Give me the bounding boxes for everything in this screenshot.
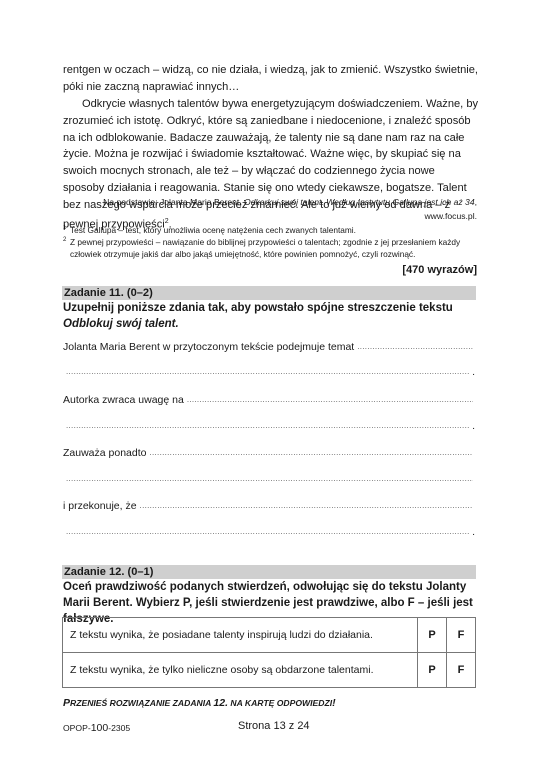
page-number: Strona 13 z 24 [238,720,310,732]
answer-line-convinces-cont[interactable]: ........................................… [63,525,475,539]
footnote-2: 2Z pewnej przypowieści – nawiązanie do b… [63,236,483,260]
answer-line-notes-cont[interactable]: ........................................… [63,472,475,486]
table-row: Z tekstu wynika, że posiadane talenty in… [63,618,476,653]
source-citation: Na podstawie: Jolanta Maria Berent, Odko… [57,196,477,223]
task-12-title: Zadanie 12. (0–1) [64,565,153,579]
statement-1: Z tekstu wynika, że posiadane talenty in… [63,618,418,653]
answer-line-topic-cont[interactable]: ........................................… [63,365,475,379]
footnote-1: 1Test Gallupa – test, który umożliwia oc… [63,224,483,236]
option-false-1[interactable]: F [447,618,476,653]
passage-paragraph-1-end: rentgen w oczach – widzą, co nie działa,… [63,62,479,96]
answer-line-convinces[interactable]: i przekonuje, że........................… [63,499,475,513]
option-true-1[interactable]: P [418,618,447,653]
answer-line-topic[interactable]: Jolanta Maria Berent w przytoczonym tekś… [63,340,475,354]
option-false-2[interactable]: F [447,653,476,688]
answer-line-notes[interactable]: Zauważa ponadto.........................… [63,446,475,460]
statement-2: Z tekstu wynika, że tylko nieliczne osob… [63,653,418,688]
true-false-table: Z tekstu wynika, że posiadane talenty in… [62,617,476,688]
task-11-title: Zadanie 11. (0–2) [64,286,153,300]
word-count: [470 wyrazów] [402,264,477,276]
answer-line-attention-cont[interactable]: ........................................… [63,419,475,433]
task-11-instruction: Uzupełnij poniższe zdania tak, aby powst… [63,300,479,332]
transfer-answer-note: PRZENIEŚ ROZWIĄZANIE ZADANIA 12. NA KART… [63,697,336,709]
exam-page: rentgen w oczach – widzą, co nie działa,… [0,0,540,764]
exam-code: OPOP-100-2305 [63,722,130,734]
answer-line-attention[interactable]: Autorka zwraca uwagę na.................… [63,393,475,407]
footnotes: 1Test Gallupa – test, który umożliwia oc… [63,224,483,260]
option-true-2[interactable]: P [418,653,447,688]
table-row: Z tekstu wynika, że tylko nieliczne osob… [63,653,476,688]
